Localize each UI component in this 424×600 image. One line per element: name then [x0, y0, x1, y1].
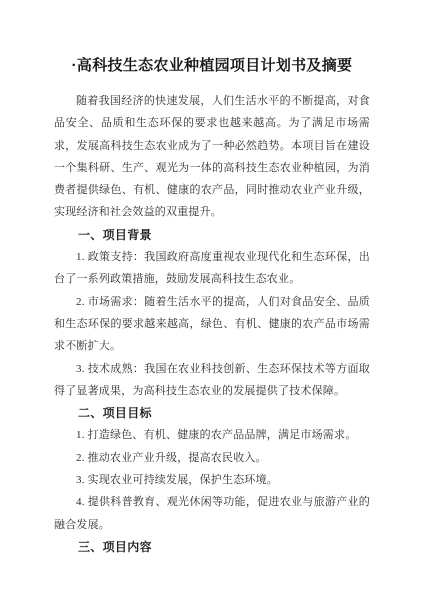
goal-item-industry-upgrade: 2. 推动农业产业升级，提高农民收入。: [54, 447, 370, 469]
intro-paragraph: 随着我国经济的快速发展，人们生活水平的不断提高，对食品安全、品质和生态环保的要求…: [54, 90, 370, 224]
goal-item-brand: 1. 打造绿色、有机、健康的农产品品牌，满足市场需求。: [54, 424, 370, 446]
section-heading-project-content: 三、项目内容: [54, 536, 370, 558]
section-heading-project-goals: 二、项目目标: [54, 402, 370, 424]
goal-item-sustainable-development: 3. 实现农业可持续发展，保护生态环境。: [54, 469, 370, 491]
background-item-policy-support: 1. 政策支持：我国政府高度重视农业现代化和生态环保，出台了一系列政策措施，鼓励…: [54, 246, 370, 291]
background-item-market-demand: 2. 市场需求：随着生活水平的提高，人们对食品安全、品质和生态环保的要求越来越高…: [54, 291, 370, 358]
goal-item-education-tourism: 4. 提供科普教育、观光休闲等功能，促进农业与旅游产业的融合发展。: [54, 491, 370, 536]
background-item-mature-technology: 3. 技术成熟：我国在农业科技创新、生态环保技术等方面取得了显著成果，为高科技生…: [54, 358, 370, 403]
document-page: ·高科技生态农业种植园项目计划书及摘要 随着我国经济的快速发展，人们生活水平的不…: [0, 0, 424, 600]
section-heading-project-background: 一、项目背景: [54, 224, 370, 246]
document-title: ·高科技生态农业种植园项目计划书及摘要: [54, 53, 370, 78]
